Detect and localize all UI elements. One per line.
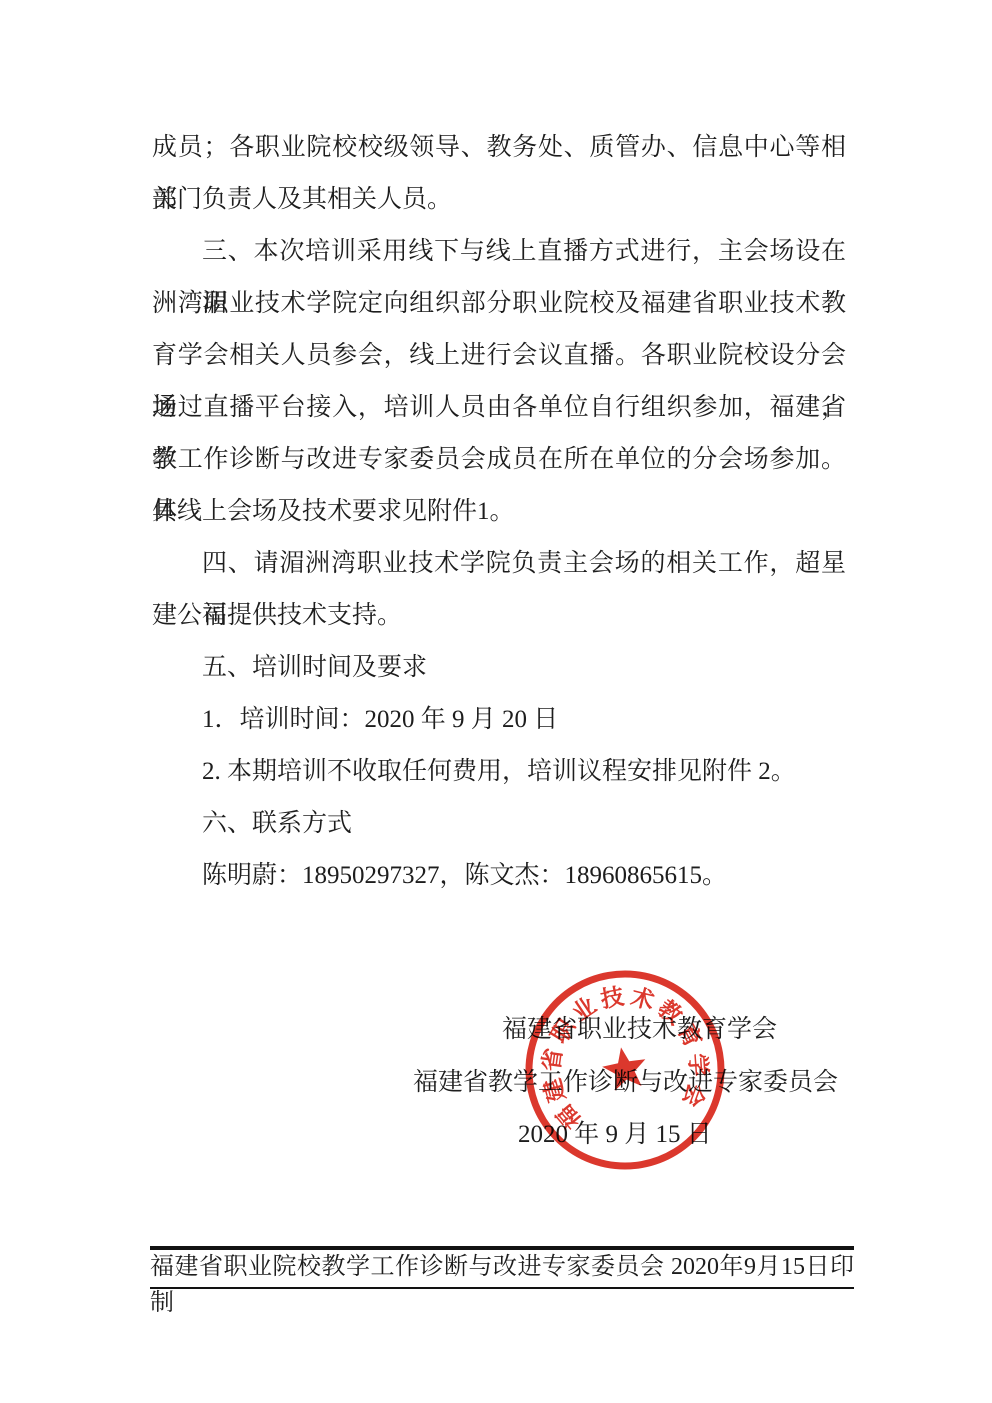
footer-imprint: 福建省职业院校教学工作诊断与改进专家委员会 2020年9月15日印制 bbox=[150, 1249, 854, 1285]
body-line-8: 体线上会场及技术要求见附件1。 bbox=[152, 486, 846, 538]
body-line-4: 洲湾职业技术学院定向组织部分职业院校及福建省职业技术教 bbox=[152, 278, 846, 330]
svg-text:术: 术 bbox=[628, 984, 657, 1014]
body-line-11: 五、培训时间及要求 bbox=[152, 642, 846, 694]
body-line-5: 育学会相关人员参会，线上进行会议直播。各职业院校设分会场， bbox=[152, 330, 846, 382]
body-line-10: 建公司提供技术支持。 bbox=[152, 590, 846, 642]
footer-rule-bottom bbox=[150, 1287, 854, 1289]
official-seal: 福建省职业技术教育学会 bbox=[503, 948, 746, 1191]
body-line-3: 三、本次培训采用线下与线上直播方式进行，主会场设在湄 bbox=[152, 226, 846, 278]
body-line-15: 陈明蔚：18950297327，陈文杰：18960865615。 bbox=[152, 850, 846, 902]
body-line-2: 部门负责人及其相关人员。 bbox=[152, 174, 846, 226]
document-body: 成员；各职业院校校级领导、教务处、质管办、信息中心等相关 部门负责人及其相关人员… bbox=[152, 122, 846, 902]
svg-text:会: 会 bbox=[678, 1080, 710, 1111]
svg-text:育: 育 bbox=[673, 1019, 707, 1052]
body-line-14: 六、联系方式 bbox=[152, 798, 846, 850]
svg-text:省: 省 bbox=[539, 1047, 567, 1073]
svg-text:业: 业 bbox=[568, 993, 601, 1027]
body-line-7: 学工作诊断与改进专家委员会成员在所在单位的分会场参加。具 bbox=[152, 434, 846, 486]
svg-text:建: 建 bbox=[540, 1076, 570, 1105]
document-page: 成员；各职业院校校级领导、教务处、质管办、信息中心等相关 部门负责人及其相关人员… bbox=[0, 0, 992, 1403]
svg-text:教: 教 bbox=[653, 996, 687, 1030]
star-icon bbox=[599, 1044, 649, 1093]
body-line-9: 四、请湄洲湾职业技术学院负责主会场的相关工作，超星福 bbox=[152, 538, 846, 590]
body-line-6: 通过直播平台接入，培训人员由各单位自行组织参加，福建省教 bbox=[152, 382, 846, 434]
body-line-13: 2. 本期培训不收取任何费用，培训议程安排见附件 2。 bbox=[152, 746, 846, 798]
svg-text:技: 技 bbox=[599, 984, 626, 1013]
svg-text:学: 学 bbox=[685, 1052, 713, 1077]
body-line-12: 1．培训时间：2020 年 9 月 20 日 bbox=[152, 694, 846, 746]
svg-text:福: 福 bbox=[552, 1100, 586, 1134]
svg-text:职: 职 bbox=[546, 1014, 580, 1048]
body-line-1: 成员；各职业院校校级领导、教务处、质管办、信息中心等相关 bbox=[152, 122, 846, 174]
